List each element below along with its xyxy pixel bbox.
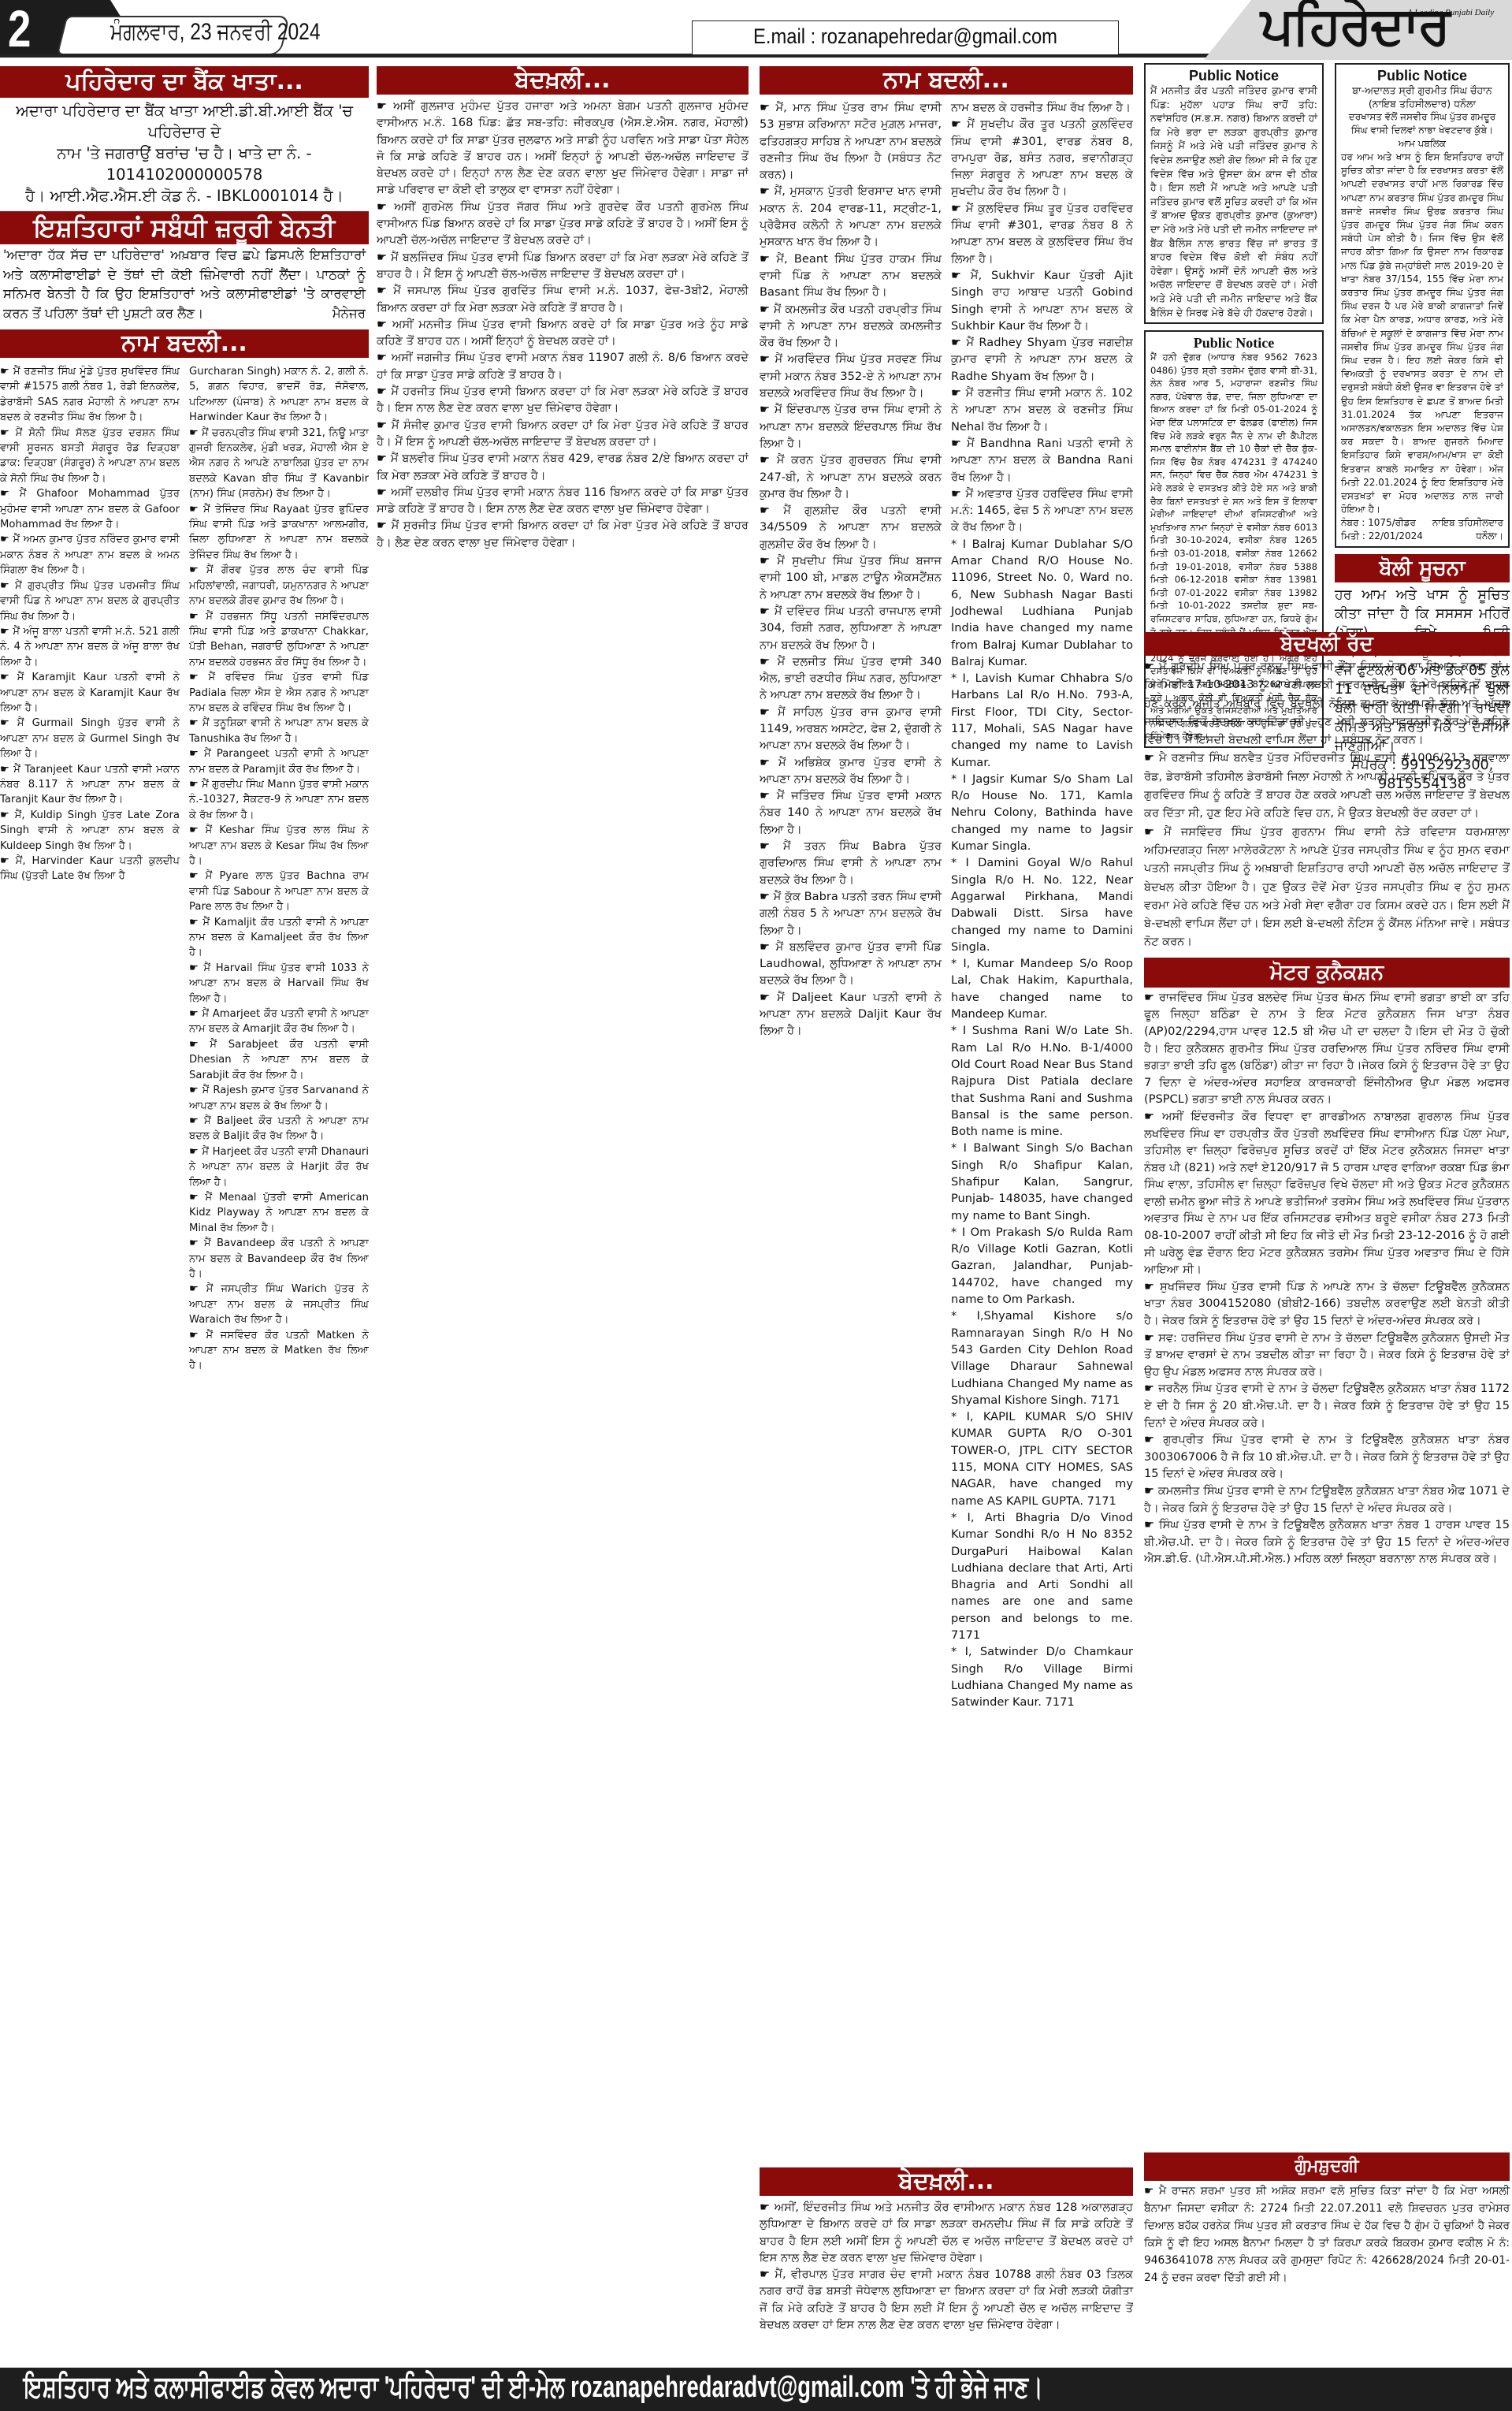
court-name: ਬਾ-ਅਦਾਲਤ ਸ੍ਰੀ ਗੁਰਮੀਤ ਸਿੰਘ ਚੌਹਾਨ (ਨਾਇਬ ਤਹ…: [1341, 84, 1503, 110]
list-item: ☛ ਮੈਂ, ਮੁਸਕਾਨ ਪੁੱਤਰੀ ਇਰਸਾਦ ਖਾਨ ਵਾਸੀ ਮਕਾਨ…: [760, 183, 942, 250]
list-item: ☛ ਮੈਂ Bavandeep ਕੌਰ ਪਤਨੀ ਨੇ ਆਪਣਾ ਨਾਮ ਬਦਲ…: [189, 1236, 369, 1282]
list-item: ☛ ਮੈਂ ਕੁੱਕ Babra ਪਤਨੀ ਤਰਨ ਸਿੰਘ ਵਾਸੀ ਗਲੀ …: [760, 888, 942, 939]
list-item: ☛ ਮੈਂ Keshar ਸਿੰਘ ਪੁੱਤਰ ਲਾਲ ਸਿੰਘ ਨੇ ਆਪਣਾ…: [189, 823, 369, 869]
notice-number: ਨੰਬਰ : 1075/ਰੀਡਰ: [1341, 516, 1423, 530]
list-item: ☛ ਅਸੀਂ ਗੁਲਜਾਰ ਮੁਹੰਮਦ ਪੁੱਤਰ ਹਜਾਰਾ ਅਤੇ ਅਮਨ…: [377, 98, 749, 199]
court-notice-body: ਹਰ ਆਮ ਅਤੇ ਖਾਸ ਨੂੰ ਇਸ ਇਸਤਿਹਾਰ ਰਾਹੀਂ ਸੂਚਿਤ…: [1341, 151, 1503, 516]
list-item: ☛ ਮੈਂ ਜਸਪਾਲ ਸਿੰਘ ਪੁੱਤਰ ਗੁਰਦਿੱਤ ਸਿੰਘ ਵਾਸੀ…: [377, 282, 749, 316]
public-notice-1-body: ਮੈਂ ਮਨਜੀਤ ਕੌਰ ਪਤਨੀ ਜਤਿੰਦਰ ਕੁਮਾਰ ਵਾਸੀ ਪਿੰ…: [1150, 84, 1317, 319]
list-item: * I, Lavish Kumar Chhabra S/o Harbans La…: [951, 670, 1133, 771]
list-item: ☛ ਮੈਂ ਕਮਲਜੀਤ ਕੌਰ ਪਤਨੀ ਹਰਪ੍ਰੀਤ ਸਿੰਘ ਵਾਸੀ …: [760, 301, 942, 352]
list-item: ☛ ਮੈਂ Parangeet ਪਤਨੀ ਵਾਸੀ ਨੇ ਆਪਣਾ ਨਾਮ ਬਦ…: [189, 746, 369, 777]
list-item: ☛ ਮੈਂ ਰਵਿੰਦਰ ਸਿੰਘ ਪੁੱਤਰ ਵਾਸੀ ਪਿੰਡ Padial…: [189, 670, 369, 716]
page-number: 2: [8, 2, 31, 55]
disinherit-list-2: ☛ ਅਸੀਂ, ਇੰਦਰਜੀਤ ਸਿੰਘ ਅਤੇ ਮਨਜੀਤ ਕੌਰ ਵਾਸੀਆ…: [760, 2196, 1133, 2333]
list-item: ☛ ਮੈਂ, Sukhvir Kaur ਪੁੱਤਰੀ Ajit Singh ਰਾ…: [951, 267, 1133, 334]
motor-connection-banner: ਮੋਟਰ ਕੁਨੈਕਸ਼ਨ: [1144, 958, 1510, 988]
list-item: ☛ ਮੈਂ ਸਾਹਿਲ ਪੁੱਤਰ ਰਾਜ ਕੁਮਾਰ ਵਾਸੀ 1149, ਅ…: [760, 704, 942, 754]
list-item: ☛ ਮੈਂ ਜਤਿੰਦਰ ਸਿੰਘ ਪੁੱਤਰ ਵਾਸੀ ਮਕਾਨ ਨੰਬਰ 1…: [760, 787, 942, 838]
bank-account-info: ਅਦਾਰਾ ਪਹਿਰੇਦਾਰ ਦਾ ਬੈਂਕ ਖਾਤਾ ਆਈ.ਡੀ.ਬੀ.ਆਈ …: [0, 98, 369, 211]
name-change-2-col-b: ਨਾਮ ਬਦਲ ਕੇ ਹਰਜੀਤ ਸਿੰਘ ਰੱਖ ਲਿਆ ਹੈ।☛ ਮੈਂ ਸ…: [951, 99, 1133, 2164]
list-item: ☛ ਮੈਂ ਤਰਨ ਸਿੰਘ Babra ਪੁੱਤਰ ਗੁਰਦਿਆਲ ਸਿੰਘ …: [760, 838, 942, 888]
list-item: ☛ ਅਸੀਂ ਜਗਜੀਤ ਸਿੰਘ ਪੁੱਤਰ ਵਾਸੀ ਮਕਾਨ ਨੰਬਰ 1…: [377, 349, 749, 383]
list-item: ☛ ਮੈਂ Bandhna Rani ਪਤਨੀ ਵਾਸੀ ਨੇ ਆਪਣਾ ਨਾਮ…: [951, 435, 1133, 486]
list-item: ☛ ਮੈਂ Taranjeet Kaur ਪਤਨੀ ਵਾਸੀ ਮਕਾਨ ਨੰਬਰ…: [0, 762, 180, 808]
list-item: ☛ ਮੈਂ ਦਵਿੰਦਰ ਸਿੰਘ ਪਤਨੀ ਰਾਜਪਾਲ ਵਾਸੀ 304, …: [760, 603, 942, 653]
list-item: ☛ ਮੈਂ ਅਮਨ ਕੁਮਾਰ ਪੁੱਤਰ ਨਰਿੰਦਰ ਕੁਮਾਰ ਵਾਸੀ …: [0, 532, 180, 578]
list-item: ☛ ਮੈਂ ਜਸਵਿੰਦਰ ਕੌਰ ਪਤਨੀ Matken ਨੇ ਆਪਣਾ ਨਾ…: [189, 1328, 369, 1374]
list-item: * I Om Prakash S/o Rulda Ram R/o Village…: [951, 1224, 1133, 1308]
list-item: ☛ ਮੈਂ ਸੁਖਦੀਪ ਸਿੰਘ ਪੁੱਤਰ ਸਿੰਘ ਬਜਾਜ ਵਾਸੀ 1…: [760, 553, 942, 603]
column-1: ਪਹਿਰੇਦਾਰ ਦਾ ਬੈਂਕ ਖਾਤਾ... ਅਦਾਰਾ ਪਹਿਰੇਦਾਰ …: [0, 61, 369, 2350]
list-item: * I, Kumar Mandeep S/o Roop Lal, Chak Ha…: [951, 955, 1133, 1022]
list-item: ☛ ਮੈਂ ਰਣਜੀਤ ਸਿੰਘ ਮੂੰਡੇ ਪੁੱਤਰ ਸੁਖਵਿੰਦਰ ਸਿ…: [0, 364, 180, 426]
list-item: ☛ ਮੈਂ ਤਨੂਸ਼ਿਕਾ ਵਾਸੀ ਨੇ ਆਪਣਾ ਨਾਮ ਬਦਲ ਕੇ T…: [189, 716, 369, 746]
list-item: ☛ ਮੈਂ Sarabjeet ਕੌਰ ਪਤਨੀ ਵਾਸੀ Dhesian ਨੇ…: [189, 1037, 369, 1083]
list-item: * I Damini Goyal W/o Rahul Singla R/o H.…: [951, 854, 1133, 955]
list-item: ☛ ਮੈਂ Kamaljit ਕੌਰ ਪਤਨੀ ਵਾਸੀ ਨੇ ਆਪਣਾ ਨਾਮ…: [189, 915, 369, 961]
list-item: ☛ ਅਸੀਂ ਇੰਦਰਜੀਤ ਕੌਰ ਵਿਧਵਾ ਵਾ ਗਾਰਡੀਅਨ ਨਾਬਾ…: [1144, 1108, 1510, 1278]
list-item: ☛ ਮੈਂ, Beant ਸਿੰਘ ਪੁੱਤਰ ਹਾਕਮ ਸਿੰਘ ਵਾਸੀ ਪ…: [760, 251, 942, 301]
list-item: ☛ ਮੈਂ Ghafoor Mohammad ਪੁੱਤਰ ਮੁਹੰਮਦ ਵਾਸੀ…: [0, 486, 180, 532]
list-item: ☛ ਮੈਂ ਗੁਰਦੀਪ ਸਿੰਘ Mann ਪੁੱਤਰ ਵਾਸੀ ਮਕਾਨ ਨ…: [189, 777, 369, 823]
list-item: ☛ ਮੈਂ ਜਸਵਿੰਦਰ ਸਿੰਘ ਪੁੱਤਰ ਗੁਰਨਾਮ ਸਿੰਘ ਵਾਸ…: [1144, 823, 1510, 951]
list-item: ☛ ਅਸੀਂ, ਇੰਦਰਜੀਤ ਸਿੰਘ ਅਤੇ ਮਨਜੀਤ ਕੌਰ ਵਾਸੀਆ…: [760, 2199, 1133, 2266]
ad-request-body: 'ਅਦਾਰਾ ਹੱਕ ਸੱਚ ਦਾ ਪਹਿਰੇਦਾਰ' ਅਖ਼ਬਾਰ ਵਿਚ ਛ…: [0, 244, 369, 323]
disinherit-banner: ਬੇਦਖ਼ਲੀ...: [377, 66, 749, 95]
name-change-col-a: ☛ ਮੈਂ ਰਣਜੀਤ ਸਿੰਘ ਮੂੰਡੇ ਪੁੱਤਰ ਸੁਖਵਿੰਦਰ ਸਿ…: [0, 364, 180, 2350]
court-notice-footer: ਨੰਬਰ : 1075/ਰੀਡਰ ਮਿਤੀ : 22/01/2024 ਨਾਇਬ …: [1341, 516, 1503, 543]
list-item: ☛ ਮੈਂ Harvail ਸਿੰਘ ਪੁੱਤਰ ਵਾਸੀ 1033 ਨੇ ਆਪ…: [189, 961, 369, 1006]
email-link[interactable]: E.mail : rozanapehredar@gmail.com: [718, 24, 1092, 49]
list-item: ☛ ਮੈਂ ਬਲਵੀਰ ਸਿੰਘ ਪੁੱਤਰ ਵਾਸੀ ਮਕਾਨ ਨੰਬਰ 42…: [377, 450, 749, 484]
disinherit-list: ☛ ਅਸੀਂ ਗੁਲਜਾਰ ਮੁਹੰਮਦ ਪੁੱਤਰ ਹਜਾਰਾ ਅਤੇ ਅਮਨ…: [377, 95, 749, 2352]
list-item: ☛ ਮੈਂ Gurmail Singh ਪੁੱਤਰ ਵਾਸੀ ਨੇ ਆਪਣਾ ਨ…: [0, 716, 180, 761]
list-item: ☛ ਸੁਖਜਿੰਦਰ ਸਿੰਘ ਪੁੱਤਰ ਵਾਸੀ ਪਿੰਡ ਨੇ ਆਪਣੇ …: [1144, 1278, 1510, 1330]
list-item: ☛ ਮੈਂ ਸੁਰਜੀਤ ਸਿੰਘ ਪੁੱਤਰ ਵਾਸੀ ਬਿਆਨ ਕਰਦਾ ਹ…: [377, 517, 749, 551]
list-item: ☛ ਮੈਂ, ਮਾਨ ਸਿੰਘ ਪੁੱਤਰ ਰਾਮ ਸਿੰਘ ਵਾਸੀ 53 ਸ…: [760, 99, 942, 183]
footer-text: ਇਸ਼ਤਿਹਾਰ ਅਤੇ ਕਲਾਸੀਫਾਈਡ ਕੇਵਲ ਅਦਾਰਾ 'ਪਹਿਰੇ…: [24, 2371, 1043, 2405]
list-item: ☛ ਮੈਂ Rajesh ਕੁਮਾਰ ਪੁੱਤਰ Sarvanand ਨੇ ਆਪ…: [189, 1083, 369, 1114]
column-2: ਬੇਦਖ਼ਲੀ... ☛ ਅਸੀਂ ਗੁਲਜਾਰ ਮੁਹੰਮਦ ਪੁੱਤਰ ਹਜ…: [377, 61, 749, 2352]
notice-date: ਮਿਤੀ : 22/01/2024: [1341, 530, 1423, 543]
list-item: ☛ ਸਿੰਘ ਪੁੱਤਰ ਵਾਸੀ ਦੇ ਨਾਮ ਤੇ ਟਿਊਬਵੈੱਲ ਕੁਨ…: [1144, 1516, 1510, 1568]
list-item: ☛ ਮੈ ਰਣਜੀਤ ਸਿੰਘ ਬਨਵੈਤ ਪੁੱਤਰ ਮੋਹਿੰਦਰਜੀਤ ਸ…: [1144, 749, 1510, 822]
list-item: * I Jagsir Kumar S/o Sham Lal R/o House …: [951, 771, 1133, 854]
ad-request-signoff: ਮੈਨੇਜਰ: [332, 304, 366, 324]
list-item: * I Sushma Rani W/o Late Sh. Ram Lal R/o…: [951, 1022, 1133, 1140]
column-3: ਨਾਮ ਬਦਲੀ... ☛ ਮੈਂ, ਮਾਨ ਸਿੰਘ ਪੁੱਤਰ ਰਾਮ ਸਿ…: [760, 61, 1133, 2333]
list-item: ☛ ਮੈਂ ਰਣਜੀਤ ਸਿੰਘ ਵਾਸੀ ਮਕਾਨ ਨੰ. 102 ਨੇ ਆਪ…: [951, 385, 1133, 435]
list-item: ☛ ਮੈਂ ਗੌਰਵ ਪੁੱਤਰ ਲਾਲ ਚੰਦ ਵਾਸੀ ਪਿੰਡ ਮਹਿਲਾ…: [189, 563, 369, 608]
disinherit-cancel-banner: ਬੇਦਖਲੀ ਰੱਦ: [1144, 632, 1510, 656]
list-item: ☛ ਮੈਂ ਜਸਪ੍ਰੀਤ ਸਿੰਘ Warich ਪੁੱਤਰ ਨੇ ਆਪਣਾ …: [189, 1282, 369, 1327]
list-item: * I, KAPIL KUMAR S/O SHIV KUMAR GUPTA R/…: [951, 1408, 1133, 1509]
name-change-english: * I Balraj Kumar Dublahar S/O Amar Chand…: [951, 536, 1133, 1711]
list-item: ☛ ਮੈਂ ਅੰਜੂ ਬਾਲਾ ਪਤਨੀ ਵਾਸੀ ਮ.ਨੰ. 521 ਗਲੀ …: [0, 624, 180, 670]
public-notice-title: Public Notice: [1341, 68, 1503, 84]
list-item: ☛ ਅਸੀਂ ਗੁਰਮੇਲ ਸਿੰਘ ਪੁੱਤਰ ਜੱਗਰ ਸਿੰਘ ਅਤੇ ਗ…: [377, 199, 749, 249]
list-item: ☛ ਮੈਂ, Kuldip Singh ਪੁੱਤਰ Late Zora Sing…: [0, 808, 180, 854]
list-item: ☛ ਮੈਂ Menaal ਪੁੱਤਰੀ ਵਾਸੀ American Kidz P…: [189, 1190, 369, 1236]
name-change-col-b: Gurcharan Singh) ਮਕਾਨ ਨੰ. 2, ਗਲੀ ਨੰ. 5, …: [189, 364, 369, 2350]
list-item: * I, Satwinder D/o Chamkaur Singh R/o Vi…: [951, 1643, 1133, 1710]
list-item: ☛ ਮੈਂ ਹਰਜੀਤ ਸਿੰਘ ਪੁੱਤਰ ਵਾਸੀ ਬਿਆਨ ਕਰਦਾ ਹਾ…: [377, 383, 749, 417]
name-change-2-punjabi: ਨਾਮ ਬਦਲ ਕੇ ਹਰਜੀਤ ਸਿੰਘ ਰੱਖ ਲਿਆ ਹੈ।☛ ਮੈਂ ਸ…: [951, 99, 1133, 536]
public-notice-title: Public Notice: [1150, 68, 1317, 84]
list-item: ☛ ਰਾਜਵਿੰਦਰ ਸਿੰਘ ਪੁੱਤਰ ਬਲਦੇਵ ਸਿੰਘ ਪੁੱਤਰ ਥ…: [1144, 989, 1510, 1108]
motor-connection-list: ☛ ਰਾਜਵਿੰਦਰ ਸਿੰਘ ਪੁੱਤਰ ਬਲਦੇਵ ਸਿੰਘ ਪੁੱਤਰ ਥ…: [1144, 988, 1510, 2148]
list-item: ☛ ਮੈਂ ਅਭਿਸ਼ੇਕ ਕੁਮਾਰ ਪੁੱਤਰ ਵਾਸੀ ਨੇ ਆਪਣਾ ਨ…: [760, 754, 942, 788]
list-item: ☛ ਮੈਂ ਗੁਰਦੀਪ ਸਿੰਘ ਪੁੱਤਰ ਰੁਲਦੂ ਸਿੰਘ ਵਾਸੀ …: [1144, 657, 1510, 749]
public-notice-3: Public Notice ਬਾ-ਅਦਾਲਤ ਸ੍ਰੀ ਗੁਰਮੀਤ ਸਿੰਘ …: [1335, 63, 1510, 548]
list-item: * I Balwant Singh S/o Bachan Singh R/o S…: [951, 1140, 1133, 1223]
list-item: * I,Shyamal Kishore s/o Ramnarayan Singh…: [951, 1308, 1133, 1408]
missing-banner: ਗੁੰਮਸ਼ੁਦਗੀ: [1144, 2152, 1510, 2181]
name-change-list-2: ☛ ਮੈਂ, ਮਾਨ ਸਿੰਘ ਪੁੱਤਰ ਰਾਮ ਸਿੰਘ ਵਾਸੀ 53 ਸ…: [760, 95, 1133, 2164]
column-4c: ਬੇਦਖਲੀ ਰੱਦ ☛ ਮੈਂ ਗੁਰਦੀਪ ਸਿੰਘ ਪੁੱਤਰ ਰੁਲਦੂ…: [1144, 632, 1510, 2286]
list-item: ☛ ਮੈਂ ਹਰਭਜਨ ਸਿੱਧੂ ਪਤਨੀ ਜਸਵਿੰਦਰਪਾਲ ਸਿੰਘ ਵ…: [189, 609, 369, 671]
list-item: ☛ ਕਮਲਜੀਤ ਸਿੰਘ ਪੁੱਤਰ ਵਾਸੀ ਦੇ ਨਾਮ ਟਿਊਬਵੈੱਲ…: [1144, 1483, 1510, 1516]
auction-banner: ਬੋਲੀ ਸੂਚਨਾ: [1335, 554, 1510, 582]
list-item: ☛ ਮੈਂ ਗੁਲਸ਼ੀਦ ਕੌਰ ਪਤਨੀ ਵਾਸੀ 34/5509 ਨੇ ਆ…: [760, 502, 942, 553]
list-item: ☛ ਮੈਂ Baljeet ਕੌਰ ਪਤਨੀ ਨੇ ਆਪਣਾ ਨਾਮ ਬਦਲ ਕ…: [189, 1114, 369, 1144]
masthead: 2 ਮੰਗਲਵਾਰ, 23 ਜਨਵਰੀ 2024 E.mail : rozana…: [0, 0, 1512, 60]
list-item: ☛ ਮੈਂ ਬਲਵਿੰਦਰ ਕੁਮਾਰ ਪੁੱਤਰ ਵਾਸੀ ਪਿੰਡ Laud…: [760, 939, 942, 989]
list-item: Gurcharan Singh) ਮਕਾਨ ਨੰ. 2, ਗਲੀ ਨੰ. 5, …: [189, 364, 369, 426]
list-item: ☛ ਮੈਂ, Harvinder Kaur ਪਤਨੀ ਕੁਲਦੀਪ ਸਿੰਘ (…: [0, 854, 180, 884]
missing-body: ☛ ਮੈ ਰਾਜਨ ਸ਼ਰਮਾ ਪੁਤਰ ਸ਼ੀ ਅਸ਼ੋਕ ਸ਼ਰਮਾ ਵਲੋ…: [1144, 2181, 1510, 2286]
bank-account-banner: ਪਹਿਰੇਦਾਰ ਦਾ ਬੈਂਕ ਖਾਤਾ...: [0, 66, 369, 98]
list-item: ☛ ਗੁਰਪ੍ਰੀਤ ਸਿੰਘ ਪੁੱਤਰ ਵਾਸੀ ਦੇ ਨਾਮ ਤੇ ਟਿਊ…: [1144, 1431, 1510, 1483]
list-item: ☛ ਮੈਂ ਸੰਜੀਵ ਕੁਮਾਰ ਪੁੱਤਰ ਵਾਸੀ ਬਿਆਨ ਕਰਦਾ ਹ…: [377, 417, 749, 451]
list-item: ☛ ਮੈਂ Karamjit Kaur ਪਤਨੀ ਵਾਸੀ ਨੇ ਆਪਣਾ ਨਾ…: [0, 670, 180, 716]
list-item: ☛ ਮੈਂ ਤੇਜਿੰਦਰ ਸਿੰਘ Rayaat ਪੁੱਤਰ ਭੁਪਿੰਦਰ …: [189, 502, 369, 564]
list-item: ☛ ਮੈਂ Amarjeet ਕੌਰ ਪਤਨੀ ਵਾਸੀ ਨੇ ਆਪਣਾ ਨਾਮ…: [189, 1006, 369, 1037]
list-item: ☛ ਮੈਂ ਇੰਦਰਪਾਲ ਪੁੱਤਰ ਰਾਜ ਸਿੰਘ ਵਾਸੀ ਨੇ ਆਪਣ…: [760, 401, 942, 452]
name-change-2-col-a: ☛ ਮੈਂ, ਮਾਨ ਸਿੰਘ ਪੁੱਤਰ ਰਾਮ ਸਿੰਘ ਵਾਸੀ 53 ਸ…: [760, 99, 942, 2164]
list-item: ☛ ਮੈਂ Radhey Shyam ਪੁੱਤਰ ਜਗਦੀਸ਼ ਕੁਮਾਰ ਵਾ…: [951, 334, 1133, 385]
list-item: ☛ ਅਸੀਂ ਮਨਜੀਤ ਸਿੰਘ ਪੁੱਤਰ ਵਾਸੀ ਬਿਆਨ ਕਰਦੇ ਹ…: [377, 316, 749, 350]
issue-date: ਮੰਗਲਵਾਰ, 23 ਜਨਵਰੀ 2024: [110, 19, 321, 46]
public-notice-title: Public Notice: [1150, 335, 1317, 351]
notice-signatory: ਨਾਇਬ ਤਹਿਸੀਲਦਾਰ ਧਨੌਲਾ।: [1425, 516, 1503, 543]
list-item: ☛ ਮੈਂ ਅਰਵਿੰਦਰ ਸਿੰਘ ਪੁੱਤਰ ਸਰਵਣ ਸਿੰਘ ਵਾਸੀ …: [760, 351, 942, 401]
list-item: ☛ ਮੈਂ ਸੋਨੀ ਸਿੰਘ ਸੱਲਣ ਪੁੱਤਰ ਦਰਸ਼ਨ ਸਿੰਘ ਵਾ…: [0, 426, 180, 487]
public-notice-1: Public Notice ਮੈਂ ਮਨਜੀਤ ਕੌਰ ਪਤਨੀ ਜਤਿੰਦਰ …: [1144, 63, 1324, 324]
list-item: ਨਾਮ ਬਦਲ ਕੇ ਹਰਜੀਤ ਸਿੰਘ ਰੱਖ ਲਿਆ ਹੈ।: [951, 99, 1133, 116]
list-item: ☛ ਮੈਂ ਸੁਖਦੀਪ ਕੌਰ ਤੂਰ ਪਤਨੀ ਕੁਲਵਿੰਦਰ ਸਿੰਘ …: [951, 116, 1133, 199]
list-item: ☛ ਮੈਂ ਕਰਨ ਪੁੱਤਰ ਗੁਰਚਰਨ ਸਿੰਘ ਵਾਸੀ 247-ਬੀ,…: [760, 452, 942, 502]
email-box: E.mail : rozanapehredar@gmail.com: [692, 20, 1119, 55]
list-item: ☛ ਸਵ: ਹਰਜਿੰਦਰ ਸਿੰਘ ਪੁੱਤਰ ਵਾਸੀ ਦੇ ਨਾਮ ਤੇ …: [1144, 1330, 1510, 1381]
ad-request-text: 'ਅਦਾਰਾ ਹੱਕ ਸੱਚ ਦਾ ਪਹਿਰੇਦਾਰ' ਅਖ਼ਬਾਰ ਵਿਚ ਛ…: [3, 247, 366, 321]
disinherit-banner-2: ਬੇਦਖ਼ਲੀ...: [760, 2167, 1133, 2196]
list-item: * I Balraj Kumar Dublahar S/O Amar Chand…: [951, 536, 1133, 670]
list-item: ☛ ਮੈਂ ਬਲਜਿੰਦਰ ਸਿੰਘ ਪੁੱਤਰ ਵਾਸੀ ਪਿੰਡ ਬਿਆਨ …: [377, 249, 749, 283]
list-item: ☛ ਮੈਂ ਅਵਤਾਰ ਪੁੱਤਰ ਹਰਵਿੰਦਰ ਸਿੰਘ ਵਾਸੀ ਮ.ਨੰ…: [951, 486, 1133, 536]
disinherit-cancel-list: ☛ ਮੈਂ ਗੁਰਦੀਪ ਸਿੰਘ ਪੁੱਤਰ ਰੁਲਦੂ ਸਿੰਘ ਵਾਸੀ …: [1144, 656, 1510, 951]
bank-line-2: ਨਾਮ 'ਤੇ ਜਗਰਾਉਂ ਬਰਾਂਚ 'ਚ ਹੈ। ਖਾਤੇ ਦਾ ਨੰ. …: [0, 143, 369, 185]
ad-request-banner: ਇਸ਼ਤਿਹਾਰਾਂ ਸਬੰਧੀ ਜ਼ਰੂਰੀ ਬੇਨਤੀ: [0, 211, 369, 244]
list-item: * I, Arti Bhagria D/o Vinod Kumar Sondhi…: [951, 1509, 1133, 1643]
list-item: ☛ ਮੈਂ Daljeet Kaur ਪਤਨੀ ਵਾਸੀ ਨੇ ਆਪਣਾ ਨਾਮ…: [760, 989, 942, 1040]
name-change-banner: ਨਾਮ ਬਦਲੀ...: [0, 329, 369, 358]
footer-banner: ਇਸ਼ਤਿਹਾਰ ਅਤੇ ਕਲਾਸੀਫਾਈਡ ਕੇਵਲ ਅਦਾਰਾ 'ਪਹਿਰੇ…: [0, 2368, 1512, 2411]
versus: ਆਮ ਪਬਲਿਕ: [1341, 137, 1503, 151]
list-item: ☛ ਮੈਂ Pyare ਲਾਲ ਪੁੱਤਰ Bachna ਰਾਮ ਵਾਸੀ ਪਿ…: [189, 869, 369, 914]
list-item: ☛ ਮੈਂ ਗੁਰਪ੍ਰੀਤ ਸਿੰਘ ਪੁੱਤਰ ਪਰਮਜੀਤ ਸਿੰਘ ਵਾ…: [0, 579, 180, 624]
list-item: ☛ ਜਰਨੈਲ ਸਿੰਘ ਪੁੱਤਰ ਵਾਸੀ ਦੇ ਨਾਮ ਤੇ ਚੱਲਦਾ …: [1144, 1380, 1510, 1431]
list-item: ☛ ਮੈਂ ਚਰਨਪ੍ਰੀਤ ਸਿੰਘ ਵਾਸੀ 321, ਨਿਊ ਮਾਤਾ ਗ…: [189, 426, 369, 502]
list-item: ☛ ਮੈਂ ਕੁਲਵਿੰਦਰ ਸਿੰਘ ਤੂਰ ਪੁੱਤਰ ਹਰਵਿੰਦਰ ਸਿ…: [951, 200, 1133, 267]
list-item: ☛ ਅਸੀਂ ਦਲਬੀਰ ਸਿੰਘ ਪੁੱਤਰ ਵਾਸੀ ਮਕਾਨ ਨੰਬਰ 1…: [377, 484, 749, 518]
list-item: ☛ ਮੈਂ, ਵੀਰਪਾਲ ਪੁੱਤਰ ਸਾਗਰ ਚੰਦ ਵਾਸੀ ਮਕਾਨ ਨ…: [760, 2266, 1133, 2333]
logo-tagline: A Leading Punjabi Daily: [1407, 8, 1494, 17]
list-item: ☛ ਮੈਂ ਦਲਜੀਤ ਸਿੰਘ ਪੁੱਤਰ ਵਾਸੀ 340 ਐਲ, ਭਾਈ …: [760, 653, 942, 704]
bank-line-3: ਹੈ। ਆਈ.ਐਫ.ਐਸ.ਈ ਕੋਡ ਨੰ. - IBKL0001014 ਹੈ।: [0, 185, 369, 206]
name-change-list: ☛ ਮੈਂ ਰਣਜੀਤ ਸਿੰਘ ਮੂੰਡੇ ਪੁੱਤਰ ਸੁਖਵਿੰਦਰ ਸਿ…: [0, 358, 369, 2350]
bank-line-1: ਅਦਾਰਾ ਪਹਿਰੇਦਾਰ ਦਾ ਬੈਂਕ ਖਾਤਾ ਆਈ.ਡੀ.ਬੀ.ਆਈ …: [0, 100, 369, 143]
list-item: ☛ ਮੈਂ Harjeet ਕੌਰ ਪਤਨੀ ਵਾਸੀ Dhanauri ਨੇ …: [189, 1144, 369, 1190]
applicant: ਦਰਖਾਸਤ ਵੱਲੋਂ ਜਸਵੀਰ ਸਿੰਘ ਪੁੱਤਰ ਗਮਦੂਰ ਸਿੰਘ…: [1341, 110, 1503, 137]
name-change-banner-2: ਨਾਮ ਬਦਲੀ...: [760, 66, 1133, 95]
